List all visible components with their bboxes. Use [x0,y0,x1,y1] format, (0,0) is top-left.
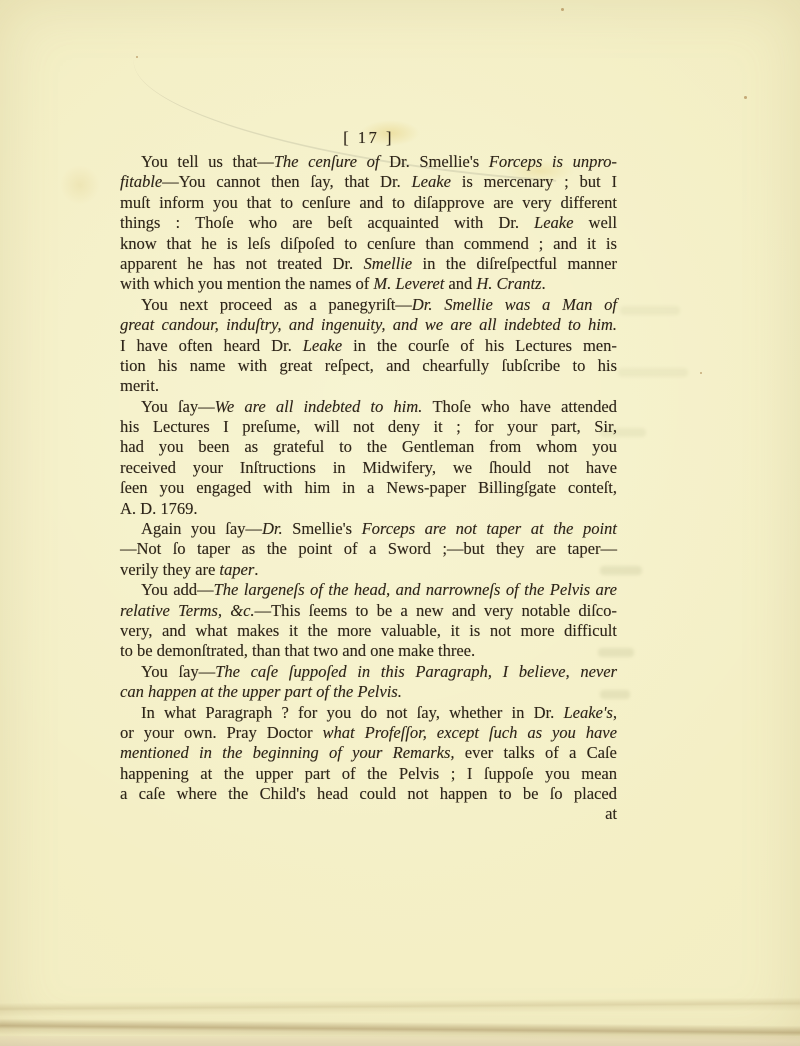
paragraph: Youſay—ThecaſeſuppoſedinthisParagraph,Ib… [120,662,617,703]
paragraph: Younextproceedasapanegyriſt—Dr.Smelliewa… [120,295,617,397]
text-line: hadyoubeenasgratefultotheGentlemanfromwh… [120,437,617,457]
text-line: InwhatParagraph?foryoudonotſay,whetherin… [120,703,617,723]
text-line: knowthatheisleſsdiſpoſedtocenſurethancom… [120,234,617,254]
text-line: tionhisnamewithgreatreſpect,andchearfull… [120,356,617,376]
text-line: Againyouſay—Dr.Smellie'sForcepsarenottap… [120,519,617,539]
paper-speck [700,372,702,374]
text-line: mentionedinthebeginningofyourRemarks,eve… [120,743,617,763]
text-line: Youſay—Weareallindebtedtohim.Thoſewhohav… [120,397,617,417]
text-block: Youtellusthat—ThecenſureofDr.Smellie'sFo… [120,152,617,805]
text-line: fitable—Youcannotthenſay,thatDr.Leakeism… [120,172,617,192]
text-line: verily they are taper. [120,560,617,580]
text-line: happeningattheupperpartofthePelvis;Iſupp… [120,764,617,784]
paper-speck [561,8,564,11]
text-line: with which you mention the names of M. L… [120,274,617,294]
page-bottom-edge [0,1036,800,1046]
text-line: receivedyourInſtructionsinMidwifery,weſh… [120,458,617,478]
text-line: Youtellusthat—ThecenſureofDr.Smellie'sFo… [120,152,617,172]
catchword: at [120,804,617,824]
text-line: relativeTerms,&c.—Thisſeemstobeanewandve… [120,601,617,621]
text-line: IhaveoftenheardDr.LeakeinthecourſeofhisL… [120,336,617,356]
page-number: [ 17 ] [120,128,617,148]
text-line: A. D. 1769. [120,499,617,519]
paragraph: Youſay—Weareallindebtedtohim.Thoſewhohav… [120,397,617,519]
paragraph: Youtellusthat—ThecenſureofDr.Smellie'sFo… [120,152,617,295]
paragraph: Youadd—Thelargeneſsofthehead,andnarrowne… [120,580,617,662]
text-line: hisLecturesIpreſume,willnotdenyit;foryou… [120,417,617,437]
text-line: muſtinformyouthattocenſureandtodiſapprov… [120,193,617,213]
paragraph: Againyouſay—Dr.Smellie'sForcepsarenottap… [120,519,617,580]
text-line: merit. [120,376,617,396]
text-line: Younextproceedasapanegyriſt—Dr.Smelliewa… [120,295,617,315]
text-line: can happen at the upper part of the Pelv… [120,682,617,702]
paper-speck [136,56,138,58]
text-line: apparenthehasnottreatedDr.Smellieinthedi… [120,254,617,274]
paper-crease-bottom [0,1019,800,1042]
book-page: [ 17 ] Youtellusthat—ThecenſureofDr.Smel… [0,0,800,1046]
text-line: —NotſotaperasthepointofaSword;—buttheyar… [120,539,617,559]
text-line: greatcandour,induſtry,andingenuity,andwe… [120,315,617,335]
paper-speck [744,96,747,99]
text-line: acaſewheretheChild'sheadcouldnothappento… [120,784,617,804]
text-line: very,andwhatmakesitthemorevaluable,itisn… [120,621,617,641]
paper-stain [60,165,100,205]
ink-showthrough [618,368,688,377]
paper-crease-bottom [0,997,800,1017]
text-line: oryourown.PrayDoctorwhatProfeſſor,except… [120,723,617,743]
ink-showthrough [620,306,680,315]
text-line: things:ThoſewhoarebeſtacquaintedwithDr.L… [120,213,617,233]
text-line: Youſay—ThecaſeſuppoſedinthisParagraph,Ib… [120,662,617,682]
text-line: to be demonſtrated, than that two and on… [120,641,617,661]
paragraph: InwhatParagraph?foryoudonotſay,whetherin… [120,703,617,805]
text-line: Youadd—Thelargeneſsofthehead,andnarrowne… [120,580,617,600]
text-line: ſeenyouengagedwithhiminaNews-paperBillin… [120,478,617,498]
